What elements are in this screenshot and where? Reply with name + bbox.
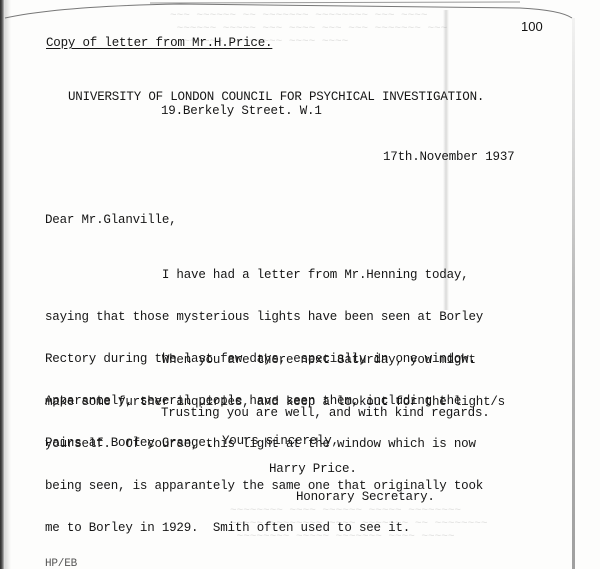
signer-name: Harry Price.: [269, 462, 357, 476]
valediction: Yours sincerely,: [222, 434, 339, 448]
copy-header-note: Copy of letter from Mr.H.Price.: [46, 36, 272, 50]
letterhead-address: 19.Berkely Street. W.1: [161, 104, 322, 118]
paragraph-line: being seen, is apparantely the same one …: [45, 479, 505, 493]
paragraph-line: I have had a letter from Mr.Henning toda…: [45, 268, 483, 282]
document-page: ~~~ ~~~~~~ ~~ ~~~~~~~ ~~~~~~~~ ~~~ ~~~~ …: [0, 0, 600, 569]
page-number: 100: [521, 19, 543, 34]
paragraph-line: saying that those mysterious lights have…: [45, 310, 483, 324]
reference-initials: HP/EB: [45, 557, 77, 569]
closing-line: Trusting you are well, and with kind reg…: [161, 406, 490, 420]
binding-shadow: [5, 0, 11, 569]
signer-title: Honorary Secretary.: [296, 490, 435, 504]
paper-right-edge: [572, 18, 575, 569]
letterhead-organization: UNIVERSITY OF LONDON COUNCIL FOR PSYCHIC…: [68, 90, 484, 104]
salutation: Dear Mr.Glanville,: [45, 213, 176, 227]
paragraph-line: When you are there next Saturday, you mi…: [45, 353, 505, 367]
paragraph-line: me to Borley in 1929. Smith often used t…: [45, 521, 505, 535]
letter-date: 17th.November 1937: [383, 150, 514, 164]
